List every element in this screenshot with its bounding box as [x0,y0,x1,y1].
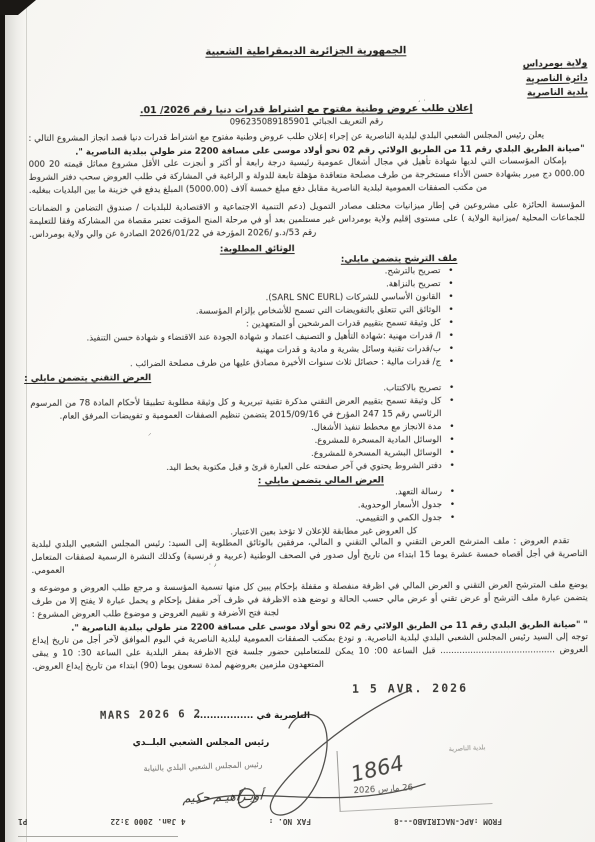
technical-offer-heading-text: العرض التقني يتضمن مايلي : [24,373,151,384]
deposit-paragraph: توجه إلى السيد رئيس المجلس الشعبي البلدي… [32,631,588,674]
envelopes-paragraph: يوضع ملف المترشح العرض التقني و العرض ال… [32,579,588,622]
scan-edge-shadow [5,0,27,842]
candidacy-items-list: تصريح بالترشح. تصريح بالنزاهة. القانون ا… [29,264,586,372]
registry-stamp-date: 26 مارس 2026 [353,783,413,796]
eligibility-paragraph: بإمكان المؤسسات التي لديها شهادة تأهيل ف… [29,155,585,198]
fax-datetime: 4 Jan. 2000 3:22 [110,817,185,826]
technical-items-list: تصريح بالاكتتاب. كل وثيقة تسمح بتقييم ال… [30,381,587,476]
technical-item: دفتر الشروط يحتوي في آخر صفحته على العبا… [31,460,455,476]
scanned-document-page: ، ٠ ٫ ٠ ⸍ ولاية بومرداس دائرة الناصرية ب… [0,0,595,842]
submission-paragraph: تقدم العروض : ملف المترشح العرض التقني و… [31,535,587,578]
intro-paragraph: يعلن رئيس المجلس الشعبي البلدي لبلدية ال… [28,129,584,146]
exclusion-paragraph: المؤسسة الحائزة على مشروعين في إطار ميزا… [29,199,585,242]
fax-header-line: FROM :APC-NACIRIABO---8 FAX NO. : 4 Jan.… [18,817,502,826]
financial-offer-heading-text: العرض المالي يتضمن مايلي : [258,475,384,486]
scan-bottom-line [18,836,178,837]
financial-items-list: رسالة التعهد. جدول الأسعار الوحدوية. جدو… [31,485,587,528]
fax-number-label: FAX NO. : [269,817,311,826]
scan-corner-mark [0,0,36,15]
candidacy-item: ج/ قدرات مالية : حصائل ثلاث سنوات الأخير… [30,356,454,372]
fax-page-number: P1 [18,817,27,826]
technical-item: كل وثيقة تسمح بتقييم العرض التقني مذكرة … [30,395,454,424]
document-body: الجمهورية الجزائرية الديمقراطية الشعبية … [28,38,588,674]
fax-from: FROM :APC-NACIRIABO---8 [394,817,502,826]
republic-title: الجمهورية الجزائرية الديمقراطية الشعبية [28,44,584,59]
registry-stamp-number: 1864 [348,751,405,786]
registry-stamp-header: بلدية الناصرية [448,743,485,753]
candidacy-file-heading-text: ملف الترشح يتضمن مايلي: [341,254,458,265]
registry-received-stamp: بلدية الناصرية 1864 26 مارس 2026 [337,743,493,812]
